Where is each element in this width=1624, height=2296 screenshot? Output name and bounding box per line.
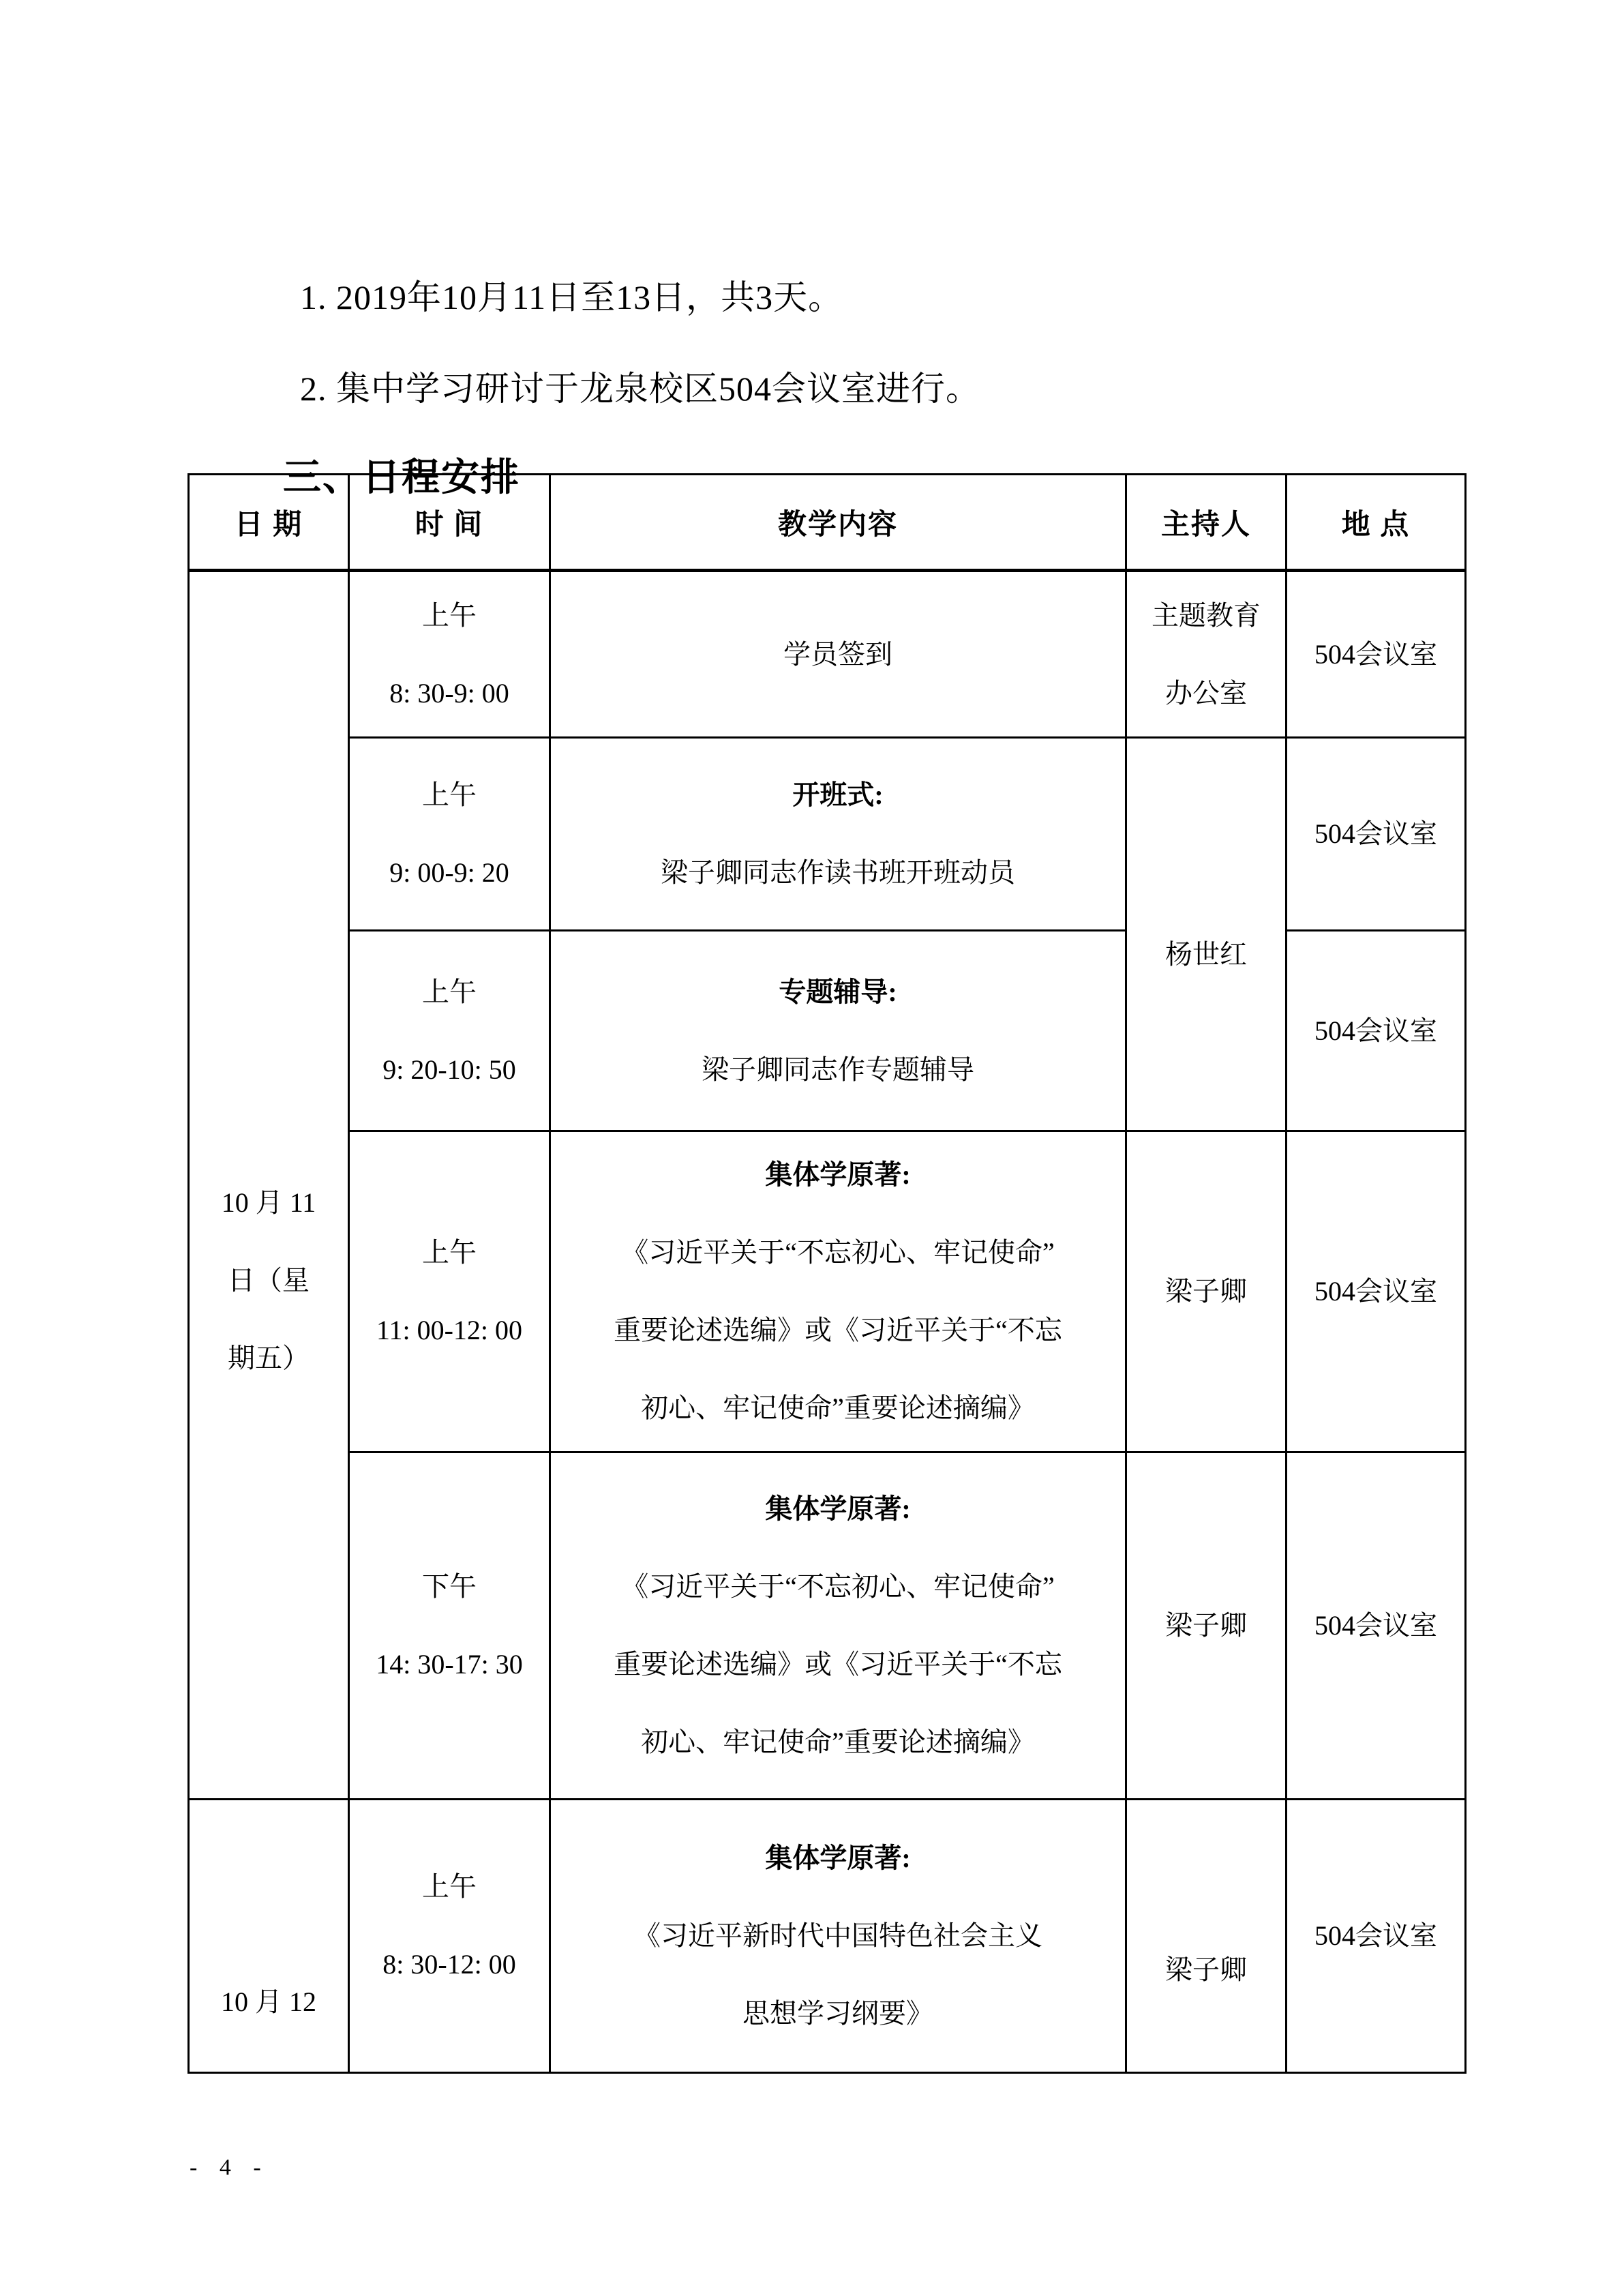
host-cell: 梁子卿 [1126, 1452, 1287, 1800]
header-cell-content: 教学内容 [550, 475, 1126, 571]
content-title: 专题辅导: [551, 953, 1125, 1031]
time-cell: 上午 11: 00-12: 00 [349, 1131, 550, 1452]
date-line: 期五） [190, 1320, 348, 1397]
content-line: 初心、牢记使命”重要论述摘编》 [551, 1703, 1125, 1781]
host-cell: 杨世红 [1126, 738, 1287, 1131]
content-title: 集体学原著: [551, 1136, 1125, 1214]
time-line: 上午 [350, 1214, 549, 1292]
time-cell: 上午 9: 00-9: 20 [349, 738, 550, 931]
body-paragraph-1: 1. 2019年10月11日至13日，共3天。 [300, 278, 843, 318]
time-line: 上午 [350, 953, 549, 1031]
schedule-row: 上午 11: 00-12: 00 集体学原著: 《习近平关于“不忘初心、牢记使命… [189, 1131, 1466, 1452]
header-cell-host: 主持人 [1126, 475, 1287, 571]
host-line: 梁子卿 [1127, 1931, 1285, 2009]
time-line: 上午 [350, 577, 549, 655]
content-line: 《习近平关于“不忘初心、牢记使命” [551, 1214, 1125, 1292]
time-line: 9: 00-9: 20 [350, 834, 549, 912]
page-number: - 4 - [190, 2155, 269, 2181]
date-cell-oct-12: 10 月 12 [189, 1800, 349, 2073]
date-cell-oct-11: 10 月 11 日（星 期五） [189, 571, 349, 1800]
host-line: 梁子卿 [1127, 1253, 1285, 1330]
schedule-table: 日 期 时 间 教学内容 主持人 地 点 10 月 11 日（星 期五） 上午 … [187, 473, 1467, 2074]
time-cell: 上午 9: 20-10: 50 [349, 931, 550, 1131]
content-title: 开班式: [551, 756, 1125, 834]
time-cell: 下午 14: 30-17: 30 [349, 1452, 550, 1800]
time-line: 上午 [350, 1848, 549, 1926]
date-line: 10 月 12 [190, 1963, 348, 2041]
content-cell: 集体学原著: 《习近平关于“不忘初心、牢记使命” 重要论述选编》或《习近平关于“… [550, 1452, 1126, 1800]
location-text: 504会议室 [1287, 795, 1464, 873]
location-cell: 504会议室 [1287, 738, 1466, 931]
schedule-row: 下午 14: 30-17: 30 集体学原著: 《习近平关于“不忘初心、牢记使命… [189, 1452, 1466, 1800]
time-line: 9: 20-10: 50 [350, 1031, 549, 1109]
location-text: 504会议室 [1287, 1253, 1464, 1330]
time-cell: 上午 8: 30-9: 00 [349, 571, 550, 738]
time-cell: 上午 8: 30-12: 00 [349, 1800, 550, 2073]
content-cell: 开班式: 梁子卿同志作读书班开班动员 [550, 738, 1126, 931]
content-line: 梁子卿同志作读书班开班动员 [551, 834, 1125, 912]
schedule-row: 上午 9: 00-9: 20 开班式: 梁子卿同志作读书班开班动员 杨世红 50… [189, 738, 1466, 931]
content-cell: 专题辅导: 梁子卿同志作专题辅导 [550, 931, 1126, 1131]
content-line: 初心、牢记使命”重要论述摘编》 [551, 1369, 1125, 1447]
host-cell: 梁子卿 [1126, 1131, 1287, 1452]
time-line: 14: 30-17: 30 [350, 1626, 549, 1703]
content-title: 集体学原著: [551, 1819, 1125, 1897]
location-text: 504会议室 [1287, 1897, 1464, 1975]
table-header-row: 日 期 时 间 教学内容 主持人 地 点 [189, 475, 1466, 571]
schedule-row: 10 月 11 日（星 期五） 上午 8: 30-9: 00 学员签到 主题教育… [189, 571, 1466, 738]
content-line: 《习近平关于“不忘初心、牢记使命” [551, 1548, 1125, 1626]
time-line: 8: 30-9: 00 [350, 655, 549, 732]
content-title: 集体学原著: [551, 1470, 1125, 1548]
location-cell: 504会议室 [1287, 571, 1466, 738]
time-line: 11: 00-12: 00 [350, 1292, 549, 1369]
date-line: 日（星 [190, 1242, 348, 1320]
host-line: 杨世红 [1127, 916, 1285, 994]
content-line: 《习近平新时代中国特色社会主义 [551, 1897, 1125, 1975]
content-line: 思想学习纲要》 [551, 1975, 1125, 2053]
location-cell: 504会议室 [1287, 1452, 1466, 1800]
content-line: 重要论述选编》或《习近平关于“不忘 [551, 1292, 1125, 1369]
location-cell: 504会议室 [1287, 1800, 1466, 2073]
location-cell: 504会议室 [1287, 1131, 1466, 1452]
location-text: 504会议室 [1287, 616, 1464, 694]
header-cell-date: 日 期 [189, 475, 349, 571]
location-cell: 504会议室 [1287, 931, 1466, 1131]
header-cell-location: 地 点 [1287, 475, 1466, 571]
header-cell-time: 时 间 [349, 475, 550, 571]
location-text: 504会议室 [1287, 1587, 1464, 1665]
content-line: 学员签到 [551, 616, 1125, 694]
host-line: 主题教育 [1127, 577, 1285, 655]
host-line: 办公室 [1127, 655, 1285, 732]
time-line: 8: 30-12: 00 [350, 1926, 549, 2003]
host-cell: 梁子卿 [1126, 1800, 1287, 2073]
time-line: 下午 [350, 1548, 549, 1626]
content-cell: 集体学原著: 《习近平新时代中国特色社会主义 思想学习纲要》 [550, 1800, 1126, 2073]
content-line: 重要论述选编》或《习近平关于“不忘 [551, 1626, 1125, 1703]
content-line: 梁子卿同志作专题辅导 [551, 1031, 1125, 1109]
schedule-row: 10 月 12 上午 8: 30-12: 00 集体学原著: 《习近平新时代中国… [189, 1800, 1466, 2073]
host-cell: 主题教育 办公室 [1126, 571, 1287, 738]
content-cell: 学员签到 [550, 571, 1126, 738]
date-line: 10 月 11 [190, 1164, 348, 1242]
content-cell: 集体学原著: 《习近平关于“不忘初心、牢记使命” 重要论述选编》或《习近平关于“… [550, 1131, 1126, 1452]
time-line: 上午 [350, 756, 549, 834]
document-page: 1. 2019年10月11日至13日，共3天。 2. 集中学习研讨于龙泉校区50… [0, 0, 1624, 2296]
host-line: 梁子卿 [1127, 1587, 1285, 1665]
location-text: 504会议室 [1287, 992, 1464, 1070]
body-paragraph-2: 2. 集中学习研讨于龙泉校区504会议室进行。 [300, 370, 980, 409]
